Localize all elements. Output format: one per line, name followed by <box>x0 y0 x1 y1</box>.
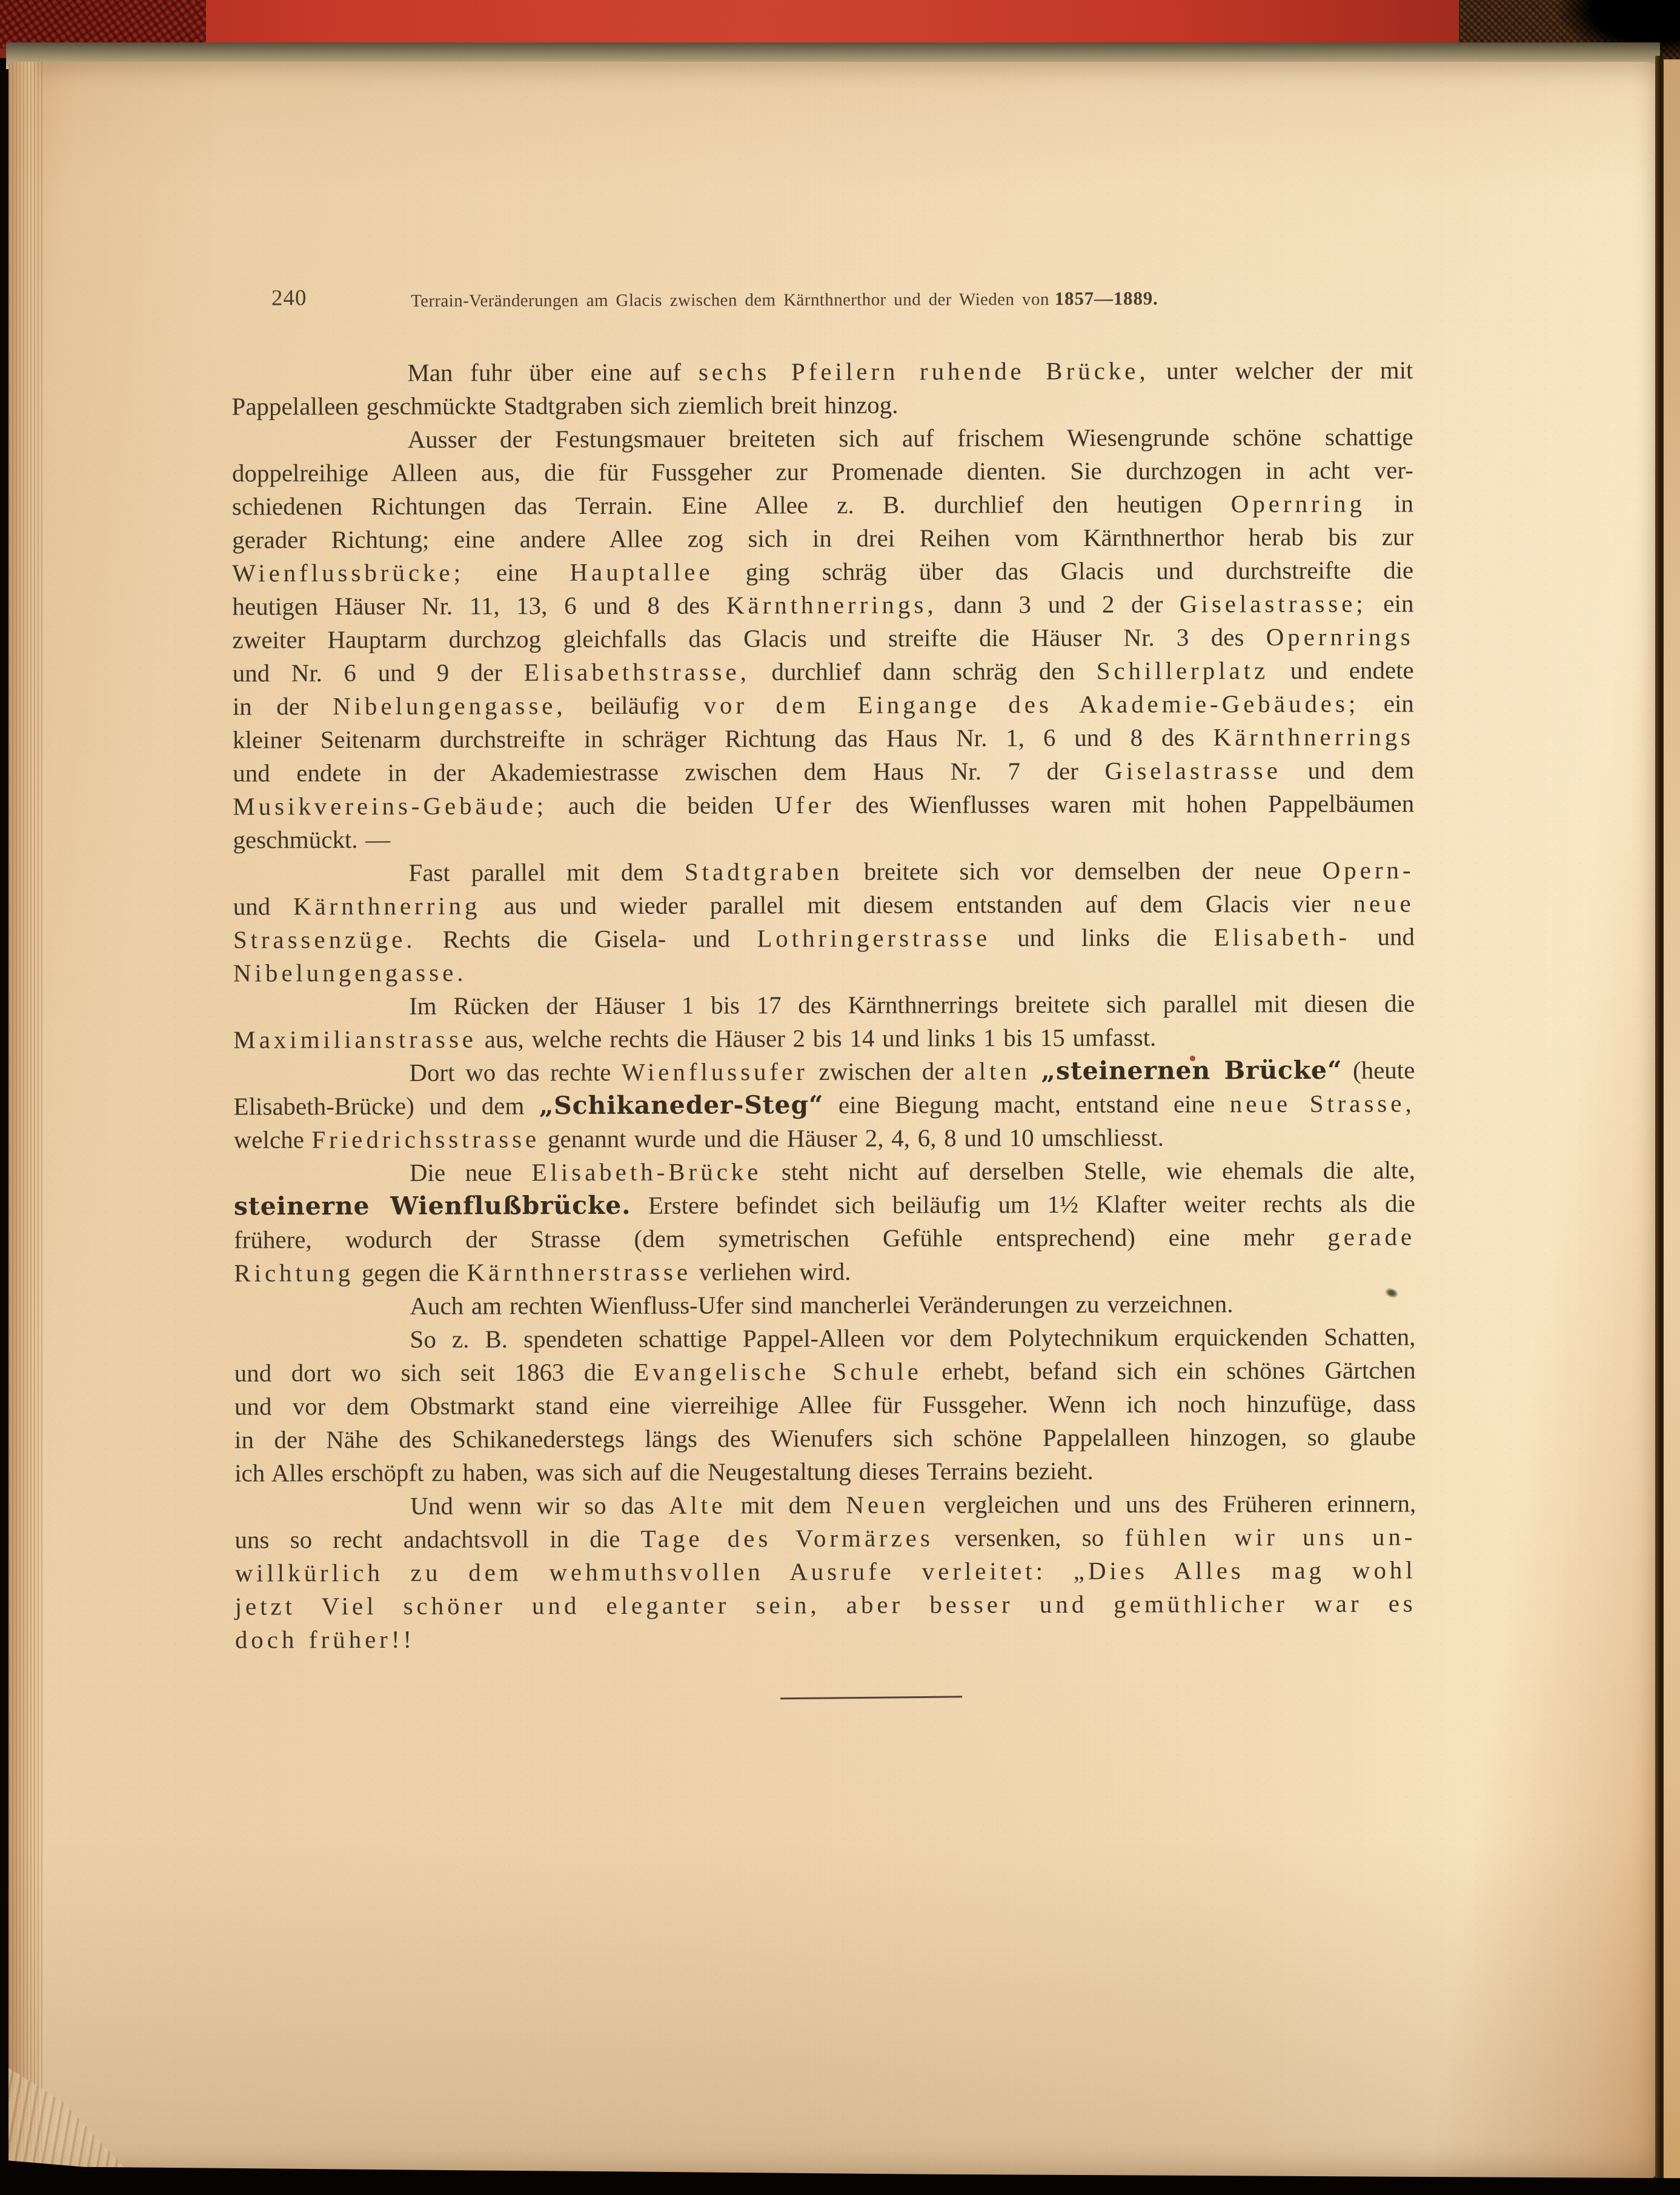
text-line: Pappelalleen geschmückte Stadtgraben sic… <box>231 387 1413 423</box>
text-line: Maximilianstrasse aus, welche rechts die… <box>233 1020 1415 1056</box>
fraktur-text: „Schikaneder-Steg“ <box>539 1090 824 1120</box>
text-run: welche <box>234 1125 312 1153</box>
text-run: breitete sich vor demselben der neue <box>843 856 1323 885</box>
text-line: uns so recht andachtsvoll in die Tage de… <box>234 1520 1416 1556</box>
letterspaced-text: Nibelungengasse, <box>333 691 566 720</box>
text-line: kleiner Seitenarm durchstreifte in schrä… <box>233 720 1414 756</box>
letterspaced-text: Wienflussufer <box>622 1058 808 1086</box>
letterspaced-text: Giselastrasse <box>1104 756 1281 785</box>
letterspaced-text: Opernrings <box>1266 622 1414 651</box>
text-block: 240 Terrain-Veränderungen am Glacis zwis… <box>231 285 1416 1656</box>
text-run: doppelreihige Alleen aus, die für Fussge… <box>232 456 1413 487</box>
letterspaced-text: Wienflussbrücke; <box>232 559 464 587</box>
text-line: Elisabeth-Brücke) und dem „Schikaneder-S… <box>234 1087 1415 1123</box>
text-run: Rechts die Gisela- und <box>416 924 757 953</box>
text-line: und Nr. 6 und 9 der Elisabethstrasse, du… <box>233 653 1414 690</box>
text-run: ein <box>1367 589 1414 617</box>
text-run: und endete <box>1269 656 1414 684</box>
text-line: welche Friedrichsstrasse genannt wurde u… <box>234 1120 1415 1156</box>
text-line: Auch am rechten Wienfluss-Ufer sind manc… <box>234 1287 1415 1323</box>
letterspaced-text: Stadtgraben <box>685 858 843 886</box>
text-run: zweiter Hauptarm durchzog gleichfalls da… <box>233 623 1266 653</box>
text-run: Fast parallel mit dem <box>409 858 685 887</box>
text-line: zweiter Hauptarm durchzog gleichfalls da… <box>232 620 1413 656</box>
text-run: Die neue <box>410 1158 532 1187</box>
text-run: eine <box>464 558 570 586</box>
letterspaced-text: doch früher!! <box>235 1625 415 1654</box>
paragraph: Fast parallel mit dem Stadtgraben breite… <box>233 853 1415 990</box>
text-run <box>1031 1057 1041 1085</box>
paragraph: Dort wo das rechte Wienflussufer zwische… <box>233 1053 1415 1156</box>
page-number: 240 <box>271 285 307 311</box>
text-run: Im Rücken der Häuser 1 bis 17 des Kärnth… <box>409 989 1415 1019</box>
text-line: Dort wo das rechte Wienflussufer zwische… <box>233 1053 1415 1090</box>
letterspaced-text: Tage des Vormärzes <box>641 1524 934 1553</box>
text-line: Fast parallel mit dem Stadtgraben breite… <box>233 853 1415 890</box>
text-run: ging schräg über das Glacis und durchstr… <box>713 556 1413 585</box>
running-title: Terrain-Veränderungen am Glacis zwischen… <box>411 288 1158 311</box>
text-line: steinerne Wienflußbrücke. Erstere befind… <box>234 1187 1415 1223</box>
text-run: und Nr. 6 und 9 der <box>233 658 524 687</box>
text-run: und vor dem Obstmarkt stand eine vierrei… <box>234 1389 1416 1420</box>
text-run: gegen die <box>354 1259 466 1287</box>
text-run: Pappelalleen geschmückte Stadtgraben sic… <box>231 391 898 421</box>
text-run: Ausser der Festungsmauer breiteten sich … <box>408 422 1413 453</box>
letterspaced-text: Opern- <box>1323 856 1415 884</box>
text-run: Man fuhr über eine auf <box>407 358 699 387</box>
text-line: Die neue Elisabeth-Brücke steht nicht au… <box>234 1153 1415 1190</box>
text-run: kleiner Seitenarm durchstreifte in schrä… <box>233 723 1214 753</box>
text-line: frühere, wodurch der Strasse (dem symetr… <box>234 1220 1415 1256</box>
text-run: Erstere befindet sich beiläufig um 1½ Kl… <box>631 1189 1415 1219</box>
text-run: verliehen wird. <box>691 1257 851 1286</box>
text-run: Und wenn wir so das <box>410 1491 669 1520</box>
text-run: ein <box>1359 689 1414 717</box>
text-line: und vor dem Obstmarkt stand eine vierrei… <box>234 1387 1416 1423</box>
text-line: und dort wo sich seit 1863 die Evangelis… <box>234 1353 1416 1390</box>
letterspaced-text: neue <box>1353 889 1414 917</box>
letterspaced-text: Ufer <box>774 791 834 819</box>
text-run: (heute <box>1342 1056 1415 1084</box>
scanned-book-page: 240 Terrain-Veränderungen am Glacis zwis… <box>0 0 1680 2195</box>
text-run: schiedenen Richtungen das Terrain. Eine … <box>232 490 1231 520</box>
text-line: jetzt Viel schöner und eleganter sein, a… <box>235 1587 1416 1623</box>
text-run: mit dem <box>726 1491 846 1519</box>
paragraph: Ausser der Festungsmauer breiteten sich … <box>232 420 1415 856</box>
text-run: vergleichen und uns des Früheren erinner… <box>929 1489 1416 1518</box>
text-run: des Wienflusses waren mit hohen Pappelbä… <box>834 789 1414 819</box>
text-line: heutigen Häuser Nr. 11, 13, 6 und 8 des … <box>232 587 1413 623</box>
letterspaced-text: Nibelungengasse. <box>233 959 467 987</box>
text-run: genannt wurde und die Häuser 2, 4, 6, 8 … <box>540 1124 1164 1153</box>
text-line: doppelreihige Alleen aus, die für Fussge… <box>232 453 1413 490</box>
letterspaced-text: neue Strasse, <box>1230 1089 1415 1117</box>
letterspaced-text: Alte <box>669 1491 726 1519</box>
letterspaced-text: alten <box>964 1057 1031 1085</box>
running-title-text: Terrain-Veränderungen am Glacis zwischen… <box>411 290 1049 311</box>
text-line: Nibelungengasse. <box>233 953 1415 990</box>
text-run: Dort wo das rechte <box>409 1058 622 1087</box>
paragraph: Im Rücken der Häuser 1 bis 17 des Kärnth… <box>233 987 1415 1056</box>
text-run: Elisabeth-Brücke) und dem <box>234 1091 539 1120</box>
letterspaced-text: Elisabeth- <box>1214 923 1350 951</box>
text-line: schiedenen Richtungen das Terrain. Eine … <box>232 487 1413 523</box>
letterspaced-text: willkürlich zu dem wehmuthsvollen Ausruf… <box>235 1556 1416 1587</box>
text-run: durchlief dann schräg den <box>750 657 1097 685</box>
text-line: willkürlich zu dem wehmuthsvollen Ausruf… <box>235 1553 1416 1590</box>
letterspaced-text: Strassenzüge. <box>233 925 416 954</box>
text-line: Ausser der Festungsmauer breiteten sich … <box>232 420 1413 456</box>
text-run: in <box>1366 489 1413 517</box>
letterspaced-text: Giselastrasse; <box>1180 590 1367 618</box>
text-run: erhebt, befand sich ein schönes Gärtchen <box>922 1356 1416 1385</box>
running-title-years: 1857—1889. <box>1055 288 1158 309</box>
text-line: Musikvereins-Gebäude; auch die beiden Uf… <box>233 787 1414 823</box>
text-run: heutigen Häuser Nr. 11, 13, 6 und 8 des <box>232 591 726 620</box>
text-line: und Kärnthnerring aus und wieder paralle… <box>233 887 1415 923</box>
text-run: beiläufig <box>566 691 704 720</box>
text-run: So z. B. spendeten schattige Pappel-Alle… <box>410 1322 1416 1353</box>
letterspaced-text: Schillerplatz <box>1097 656 1269 685</box>
page-header: 240 Terrain-Veränderungen am Glacis zwis… <box>231 285 1413 356</box>
letterspaced-text: Elisabethstrasse, <box>524 658 750 686</box>
text-line: Richtung gegen die Kärnthnerstrasse verl… <box>234 1253 1415 1290</box>
text-line: in der Nibelungengasse, beiläufig vor de… <box>233 687 1414 723</box>
text-run: und links die <box>991 923 1214 951</box>
text-run: Auch am rechten Wienfluss-Ufer sind manc… <box>410 1290 1233 1320</box>
body-text: Man fuhr über eine auf sechs Pfeilern ru… <box>231 353 1416 1656</box>
text-line: So z. B. spendeten schattige Pappel-Alle… <box>234 1320 1416 1356</box>
red-ink-speck <box>1190 1056 1195 1061</box>
paragraph: Auch am rechten Wienfluss-Ufer sind manc… <box>234 1287 1415 1323</box>
text-run: steht nicht auf derselben Stelle, wie eh… <box>762 1156 1415 1185</box>
text-run: aus und wieder parallel mit diesem entst… <box>480 890 1353 920</box>
text-run: auch die beiden <box>547 791 774 819</box>
paragraph: Man fuhr über eine auf sechs Pfeilern ru… <box>231 353 1413 423</box>
text-line: Strassenzüge. Rechts die Gisela- und Lot… <box>233 920 1415 956</box>
letterspaced-text: sechs Pfeilern ruhende Brücke, <box>699 357 1149 386</box>
letterspaced-text: vor dem Eingange des Akademie-Gebäudes; <box>703 690 1359 719</box>
letterspaced-text: Evangelische Schule <box>634 1357 922 1386</box>
letterspaced-text: Hauptallee <box>569 558 713 586</box>
letterspaced-text: Opernring <box>1231 490 1366 518</box>
letterspaced-text: gerade <box>1327 1222 1415 1250</box>
text-line: Wienflussbrücke; eine Hauptallee ging sc… <box>232 553 1413 590</box>
text-run: unter welcher der mit <box>1149 356 1413 384</box>
letterspaced-text: Kärnthnerrings, <box>726 591 937 619</box>
text-run: geschmückt. — <box>233 825 390 854</box>
text-run: in der Nähe des Schikanederstegs längs d… <box>234 1422 1416 1453</box>
text-run: gerader Richtung; eine andere Allee zog … <box>232 522 1413 553</box>
text-run: versenken, so <box>934 1524 1125 1552</box>
text-run: eine Biegung macht, entstand eine <box>823 1090 1230 1119</box>
text-line: und endete in der Akademiestrasse zwisch… <box>233 753 1414 790</box>
text-line: Und wenn wir so das Alte mit dem Neuen v… <box>234 1487 1416 1523</box>
text-run: in der <box>233 692 333 720</box>
letterspaced-text: Kärnthnerstrasse <box>466 1258 691 1287</box>
text-line: ich Alles erschöpft zu haben, was sich a… <box>234 1453 1416 1490</box>
text-line: in der Nähe des Schikanederstegs längs d… <box>234 1420 1416 1456</box>
paragraph: So z. B. spendeten schattige Pappel-Alle… <box>234 1320 1416 1490</box>
text-line: doch früher!! <box>235 1620 1416 1656</box>
page-edge-left-stack <box>8 62 42 2182</box>
text-run: und dem <box>1281 756 1414 784</box>
paragraph: Und wenn wir so das Alte mit dem Neuen v… <box>234 1487 1416 1656</box>
letterspaced-text: Lothringerstrasse <box>757 924 991 952</box>
fraktur-text: steinerne Wienflußbrücke. <box>234 1191 631 1221</box>
letterspaced-text: Friedrichsstrasse <box>312 1125 540 1153</box>
text-line: geschmückt. — <box>233 820 1414 856</box>
text-run: aus, welche rechts die Häuser 2 bis 14 u… <box>477 1024 1156 1053</box>
letterspaced-text: Neuen <box>846 1491 929 1519</box>
text-line: Man fuhr über eine auf sechs Pfeilern ru… <box>231 353 1413 390</box>
cover-crosshatch-texture <box>0 0 206 48</box>
letterspaced-text: jetzt Viel schöner und eleganter sein, a… <box>235 1589 1416 1620</box>
text-run: und dort wo sich seit 1863 die <box>234 1358 634 1387</box>
text-run: und <box>1350 922 1415 950</box>
letterspaced-text: Kärnthnerring <box>293 891 481 920</box>
letterspaced-text: Elisabeth-Brücke <box>532 1157 762 1186</box>
text-run: frühere, wodurch der Strasse (dem symetr… <box>234 1223 1327 1254</box>
letterspaced-text: Richtung <box>234 1259 354 1287</box>
text-run: uns so recht andachtsvoll in die <box>234 1525 640 1554</box>
paragraph: Die neue Elisabeth-Brücke steht nicht au… <box>234 1153 1416 1290</box>
text-run: zwischen der <box>808 1057 965 1085</box>
text-run: und <box>233 892 293 920</box>
text-run: dann 3 und 2 der <box>937 590 1180 618</box>
letterspaced-text: Musikvereins-Gebäude; <box>233 791 547 820</box>
text-line: Im Rücken der Häuser 1 bis 17 des Kärnth… <box>233 987 1415 1023</box>
text-run: und endete in der Akademiestrasse zwisch… <box>233 757 1104 787</box>
text-run: ich Alles erschöpft zu haben, was sich a… <box>234 1457 1094 1487</box>
text-line: gerader Richtung; eine andere Allee zog … <box>232 520 1413 556</box>
letterspaced-text: fühlen wir uns un- <box>1125 1522 1416 1551</box>
letterspaced-text: Kärnthnerrings <box>1213 722 1414 751</box>
adjacent-page-edge <box>1664 59 1680 2180</box>
letterspaced-text: Maximilianstrasse <box>233 1025 477 1054</box>
